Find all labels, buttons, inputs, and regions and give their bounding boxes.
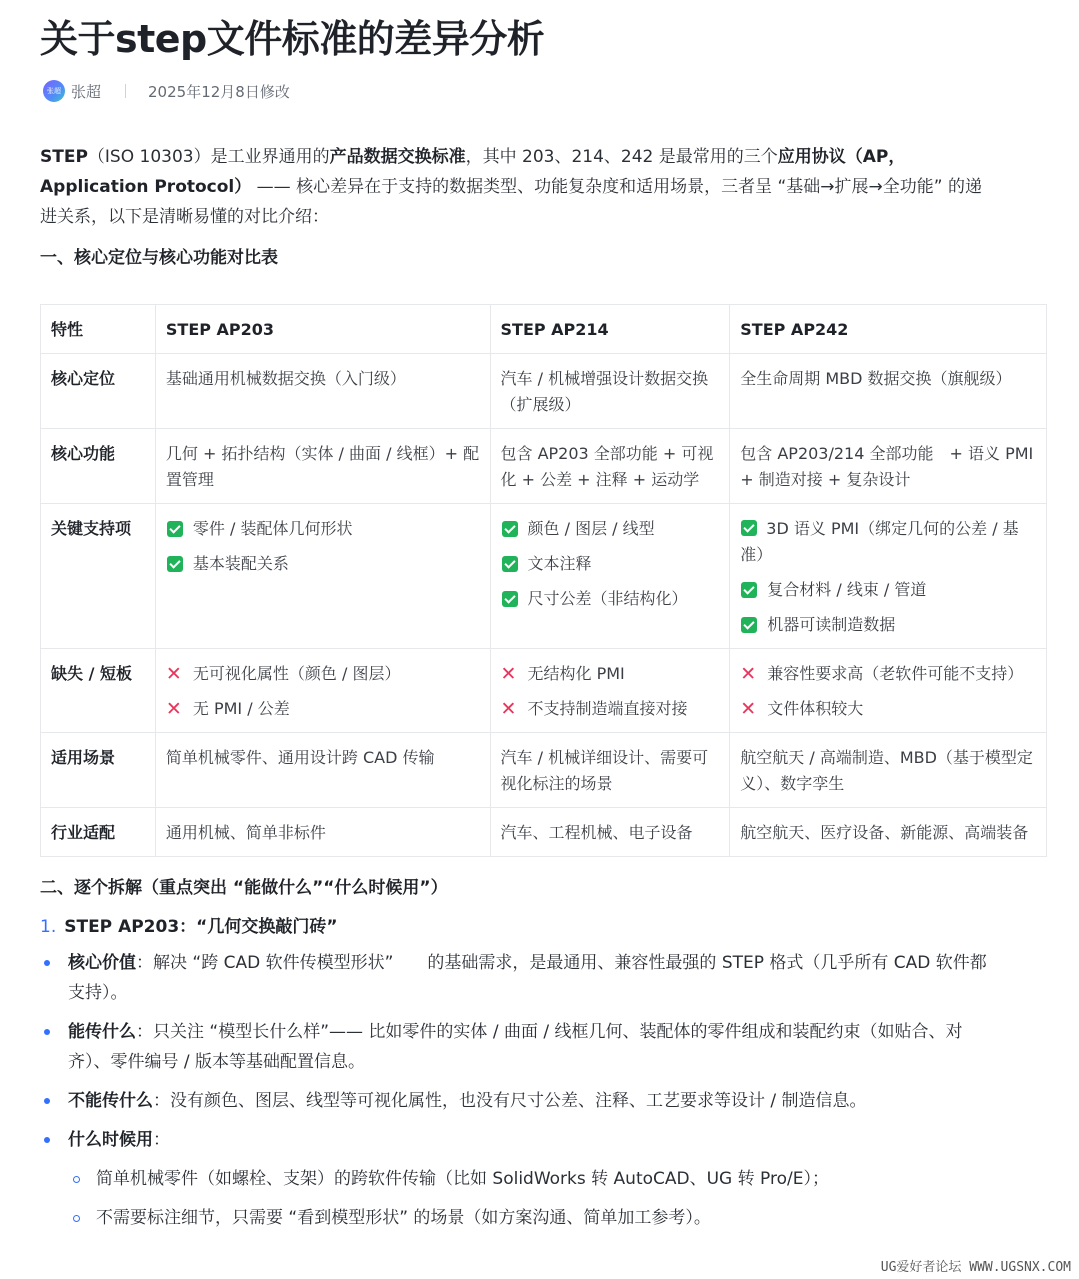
list-number: 1. — [40, 917, 56, 937]
row-label: 行业适配 — [41, 808, 156, 857]
row-label: 核心功能 — [41, 429, 156, 504]
table-cell: 简单机械零件、通用设计跨 CAD 传输 — [155, 733, 490, 808]
shortfall-item-text: 文件体积较大 — [767, 696, 863, 722]
modified-date: 2025年12月8日修改 — [148, 81, 290, 102]
check-box-icon — [741, 520, 757, 536]
table-cell: 航空航天 / 高端制造、MBD（基于模型定义）、数字孪生 — [730, 733, 1047, 808]
cross-icon: ✕ — [166, 661, 184, 687]
table-row: 关键支持项 零件 / 装配体几何形状 基本装配关系 颜色 / 图层 / 线型 文… — [41, 504, 1047, 649]
table-header: STEP AP214 — [490, 305, 730, 354]
support-item: 3D 语义 PMI（绑定几何的公差 / 基准） — [740, 516, 1036, 568]
support-item-text: 机器可读制造数据 — [767, 612, 895, 638]
table-row: 行业适配 通用机械、简单非标件 汽车、工程机械、电子设备 航空航天、医疗设备、新… — [41, 808, 1047, 857]
intro-paragraph: STEP（ISO 10303）是工业界通用的产品数据交换标准，其中 203、21… — [40, 142, 990, 232]
shortfall-item-text: 无可视化属性（颜色 / 图层） — [193, 661, 401, 687]
shortfall-item-text: 兼容性要求高（老软件可能不支持） — [767, 661, 1023, 687]
shortfall-item-text: 不支持制造端直接对接 — [528, 696, 688, 722]
shortfall-item: ✕兼容性要求高（老软件可能不支持） — [740, 661, 1036, 687]
table-cell: 包含 AP203/214 全部功能 + 语义 PMI + 制造对接 + 复杂设计 — [730, 429, 1047, 504]
cross-icon: ✕ — [740, 696, 758, 722]
table-cell: ✕无可视化属性（颜色 / 图层） ✕无 PMI / 公差 — [155, 649, 490, 733]
check-box-icon — [741, 617, 757, 633]
table-cell: 3D 语义 PMI（绑定几何的公差 / 基准） 复合材料 / 线束 / 管道 机… — [730, 504, 1047, 649]
shortfall-item-text: 无 PMI / 公差 — [193, 696, 290, 722]
author-name[interactable]: 张超 — [71, 81, 101, 102]
table-cell: 零件 / 装配体几何形状 基本装配关系 — [155, 504, 490, 649]
intro-part: 产品数据交换标准 — [330, 147, 466, 167]
intro-part: ，其中 203、214、242 是最常用的三个 — [466, 147, 778, 167]
sub-list-item: 不需要标注细节，只需要 “看到模型形状” 的场景（如方案沟通、简单加工参考）。 — [40, 1203, 1000, 1233]
table-cell: ✕无结构化 PMI ✕不支持制造端直接对接 — [490, 649, 730, 733]
bullet-label: 不能传什么 — [68, 1091, 153, 1111]
cross-icon: ✕ — [501, 661, 519, 687]
support-item: 颜色 / 图层 / 线型 — [501, 516, 720, 542]
row-label: 缺失 / 短板 — [41, 649, 156, 733]
bullet-text: ： — [153, 1130, 170, 1150]
table-row: 适用场景 简单机械零件、通用设计跨 CAD 传输 汽车 / 机械详细设计、需要可… — [41, 733, 1047, 808]
bullet-label: 核心价值 — [68, 953, 136, 973]
section-heading-1: 一、核心定位与核心功能对比表 — [40, 243, 278, 268]
support-item: 机器可读制造数据 — [740, 612, 1036, 638]
table-header: 特性 — [41, 305, 156, 354]
table-cell: 通用机械、简单非标件 — [155, 808, 490, 857]
support-item-text: 复合材料 / 线束 / 管道 — [767, 577, 926, 603]
support-item-text: 文本注释 — [528, 551, 592, 577]
watermark: UG爱好者论坛 WWW.UGSNX.COM — [881, 1256, 1071, 1275]
ap203-bullet-list: 核心价值：解决 “跨 CAD 软件传模型形状” 的基础需求，是最通用、兼容性最强… — [40, 948, 1000, 1242]
bullet-label: 什么时候用 — [68, 1130, 153, 1150]
support-item-text: 基本装配关系 — [193, 551, 289, 577]
cross-icon: ✕ — [166, 696, 184, 722]
table-row: 缺失 / 短板 ✕无可视化属性（颜色 / 图层） ✕无 PMI / 公差 ✕无结… — [41, 649, 1047, 733]
shortfall-item: ✕不支持制造端直接对接 — [501, 696, 720, 722]
row-label: 适用场景 — [41, 733, 156, 808]
table-cell: 颜色 / 图层 / 线型 文本注释 尺寸公差（非结构化） — [490, 504, 730, 649]
table-header: STEP AP242 — [730, 305, 1047, 354]
list-item: 什么时候用： — [40, 1125, 1000, 1155]
cross-icon: ✕ — [740, 661, 758, 687]
support-item: 零件 / 装配体几何形状 — [166, 516, 480, 542]
support-item: 基本装配关系 — [166, 551, 480, 577]
subsection-title: STEP AP203：“几何交换敲门砖” — [64, 917, 337, 937]
check-box-icon — [167, 556, 183, 572]
page-title: 关于step文件标准的差异分析 — [40, 8, 544, 63]
check-box-icon — [502, 591, 518, 607]
meta-divider — [125, 84, 126, 98]
cross-icon: ✕ — [501, 696, 519, 722]
list-item: 不能传什么：没有颜色、图层、线型等可视化属性，也没有尺寸公差、注释、工艺要求等设… — [40, 1086, 1000, 1116]
support-item-text: 3D 语义 PMI（绑定几何的公差 / 基准） — [740, 519, 1018, 564]
check-box-icon — [741, 582, 757, 598]
shortfall-item: ✕无可视化属性（颜色 / 图层） — [166, 661, 480, 687]
table-cell: ✕兼容性要求高（老软件可能不支持） ✕文件体积较大 — [730, 649, 1047, 733]
table-cell: 基础通用机械数据交换（入门级） — [155, 354, 490, 429]
subsection-heading-ap203: 1.STEP AP203：“几何交换敲门砖” — [40, 912, 338, 937]
table-header-row: 特性 STEP AP203 STEP AP214 STEP AP242 — [41, 305, 1047, 354]
shortfall-item: ✕无 PMI / 公差 — [166, 696, 480, 722]
support-item: 尺寸公差（非结构化） — [501, 586, 720, 612]
support-item-text: 零件 / 装配体几何形状 — [193, 516, 353, 542]
list-item: 核心价值：解决 “跨 CAD 软件传模型形状” 的基础需求，是最通用、兼容性最强… — [40, 948, 1000, 1008]
shortfall-item: ✕文件体积较大 — [740, 696, 1036, 722]
section-heading-2: 二、逐个拆解（重点突出 “能做什么”“什么时候用”） — [40, 873, 448, 898]
table-cell: 几何 + 拓扑结构（实体 / 曲面 / 线框）+ 配置管理 — [155, 429, 490, 504]
table-cell: 汽车 / 机械增强设计数据交换（扩展级） — [490, 354, 730, 429]
table-cell: 汽车 / 机械详细设计、需要可视化标注的场景 — [490, 733, 730, 808]
avatar[interactable]: 张超 — [43, 80, 65, 102]
check-box-icon — [502, 556, 518, 572]
support-item-text: 颜色 / 图层 / 线型 — [528, 516, 655, 542]
bullet-text: ：只关注 “模型长什么样”—— 比如零件的实体 / 曲面 / 线框几何、装配体的… — [68, 1022, 963, 1072]
comparison-table: 特性 STEP AP203 STEP AP214 STEP AP242 核心定位… — [40, 304, 1047, 857]
doc-meta: 张超 张超 2025年12月8日修改 — [43, 80, 290, 102]
bullet-text: ：解决 “跨 CAD 软件传模型形状” 的基础需求，是最通用、兼容性最强的 ST… — [68, 953, 987, 1003]
shortfall-item: ✕无结构化 PMI — [501, 661, 720, 687]
support-item-text: 尺寸公差（非结构化） — [528, 586, 688, 612]
intro-part: STEP — [40, 147, 88, 167]
row-label: 核心定位 — [41, 354, 156, 429]
table-cell: 全生命周期 MBD 数据交换（旗舰级） — [730, 354, 1047, 429]
table-cell: 包含 AP203 全部功能 + 可视化 + 公差 + 注释 + 运动学 — [490, 429, 730, 504]
table-row: 核心定位 基础通用机械数据交换（入门级） 汽车 / 机械增强设计数据交换（扩展级… — [41, 354, 1047, 429]
bullet-label: 能传什么 — [68, 1022, 136, 1042]
bullet-text: ：没有颜色、图层、线型等可视化属性，也没有尺寸公差、注释、工艺要求等设计 / 制… — [153, 1091, 867, 1111]
support-item: 复合材料 / 线束 / 管道 — [740, 577, 1036, 603]
check-box-icon — [167, 521, 183, 537]
intro-part: （ISO 10303）是工业界通用的 — [88, 147, 330, 167]
shortfall-item-text: 无结构化 PMI — [528, 661, 625, 687]
row-label: 关键支持项 — [41, 504, 156, 649]
table-row: 核心功能 几何 + 拓扑结构（实体 / 曲面 / 线框）+ 配置管理 包含 AP… — [41, 429, 1047, 504]
sub-list-item: 简单机械零件（如螺栓、支架）的跨软件传输（比如 SolidWorks 转 Aut… — [40, 1164, 1000, 1194]
list-item: 能传什么：只关注 “模型长什么样”—— 比如零件的实体 / 曲面 / 线框几何、… — [40, 1017, 1000, 1077]
table-cell: 汽车、工程机械、电子设备 — [490, 808, 730, 857]
table-header: STEP AP203 — [155, 305, 490, 354]
table-cell: 航空航天、医疗设备、新能源、高端装备 — [730, 808, 1047, 857]
support-item: 文本注释 — [501, 551, 720, 577]
check-box-icon — [502, 521, 518, 537]
